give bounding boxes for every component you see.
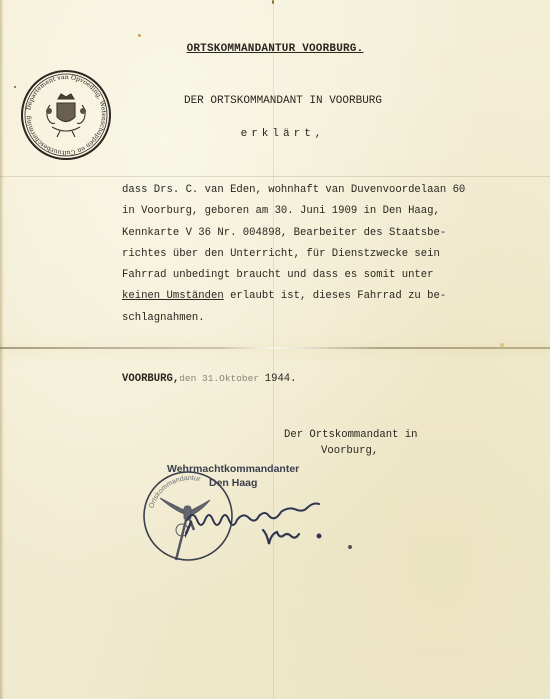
date-day-month: den 31.Oktober (179, 373, 265, 384)
signature-title-line1: Der Ortskommandant in (284, 429, 418, 441)
signature-title-line2: Voorburg, (321, 445, 378, 457)
declares-line: erklärt, (0, 128, 550, 140)
departement-seal-icon: Departement van Opvoeding, Wetenschappen… (20, 69, 112, 161)
body-line: Kennkarte V 36 Nr. 004898, Bearbeiter de… (122, 223, 550, 244)
paper-stain (14, 86, 16, 88)
handwritten-signature (185, 490, 355, 550)
document-heading: ORTSKOMMANDANTUR VOORBURG. (0, 43, 550, 55)
date-line: VOORBURG,den 31.Oktober 1944. (122, 373, 297, 385)
underlined-emphasis: keinen Umständen (122, 290, 224, 302)
fold-crease-upper (0, 176, 550, 177)
body-line: Fahrrad unbedingt braucht und dass es so… (122, 265, 550, 286)
body-line: in Voorburg, geboren am 30. Juni 1909 in… (122, 201, 550, 222)
date-year: 1944. (265, 373, 297, 385)
paper-stain (272, 0, 274, 4)
document-page: Departement van Opvoeding, Wetenschappen… (0, 0, 550, 699)
body-line: keinen Umständen erlaubt ist, dieses Fah… (122, 286, 550, 307)
body-line: dass Drs. C. van Eden, wohnhaft van Duve… (122, 180, 550, 201)
issuer-line: DER ORTSKOMMANDANT IN VOORBURG (0, 95, 550, 107)
date-place: VOORBURG, (122, 373, 179, 385)
ink-dot (348, 545, 352, 549)
fold-crease-horizontal (0, 347, 550, 349)
paper-stain (500, 343, 504, 347)
body-line: schlagnahmen. (122, 308, 550, 329)
body-line-rest: erlaubt ist, dieses Fahrrad zu be- (224, 290, 447, 302)
stamp-text-line2: Den Haag (209, 477, 257, 489)
paper-stain (138, 34, 141, 37)
heading-text: ORTSKOMMANDANTUR VOORBURG. (187, 43, 364, 55)
body-line: richtes über den Unterricht, für Dienstz… (122, 244, 550, 265)
declaration-body: dass Drs. C. van Eden, wohnhaft van Duve… (122, 180, 550, 329)
stamp-text-line1: Wehrmachtkommandanter (167, 463, 299, 475)
